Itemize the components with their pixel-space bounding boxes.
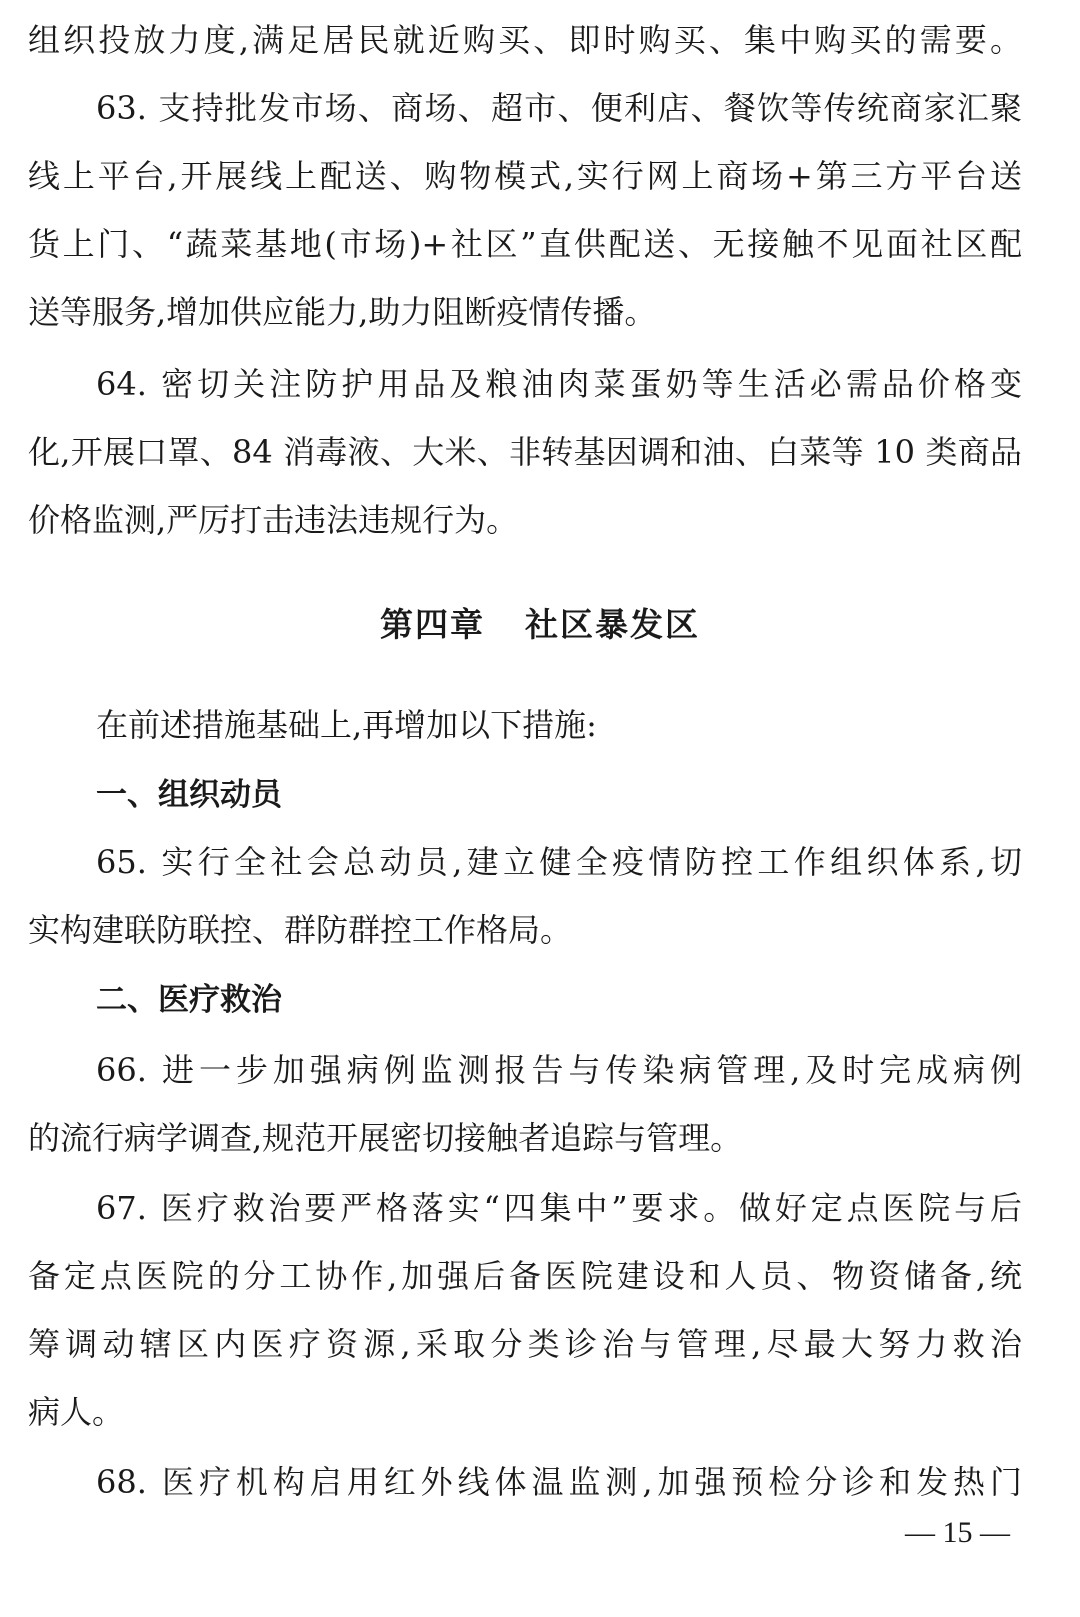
- paragraph-line: 实构建联防联控、群防群控工作格局。: [28, 910, 1022, 950]
- paragraph-line: 67. 医疗救治要严格落实“四集中”要求。做好定点医院与后: [96, 1188, 1022, 1228]
- paragraph-line: 65. 实行全社会总动员,建立健全疫情防控工作组织体系,切: [96, 842, 1022, 882]
- chapter-title: 社区暴发区: [525, 605, 700, 644]
- intro-line: 在前述措施基础上,再增加以下措施:: [96, 705, 1022, 745]
- paragraph-line: 66. 进一步加强病例监测报告与传染病管理,及时完成病例: [96, 1050, 1022, 1090]
- paragraph-line: 备定点医院的分工协作,加强后备医院建设和人员、物资储备,统: [28, 1256, 1022, 1296]
- chapter-heading: 第四章社区暴发区: [0, 605, 1080, 645]
- paragraph-line: 线上平台,开展线上配送、购物模式,实行网上商场+第三方平台送: [28, 156, 1022, 196]
- paragraph-line: 筹调动辖区内医疗资源,采取分类诊治与管理,尽最大努力救治: [28, 1324, 1022, 1364]
- paragraph-line: 63. 支持批发市场、商场、超市、便利店、餐饮等传统商家汇聚: [96, 88, 1022, 128]
- paragraph-line: 病人。: [28, 1392, 1022, 1432]
- paragraph-line: 价格监测,严厉打击违法违规行为。: [28, 500, 1022, 540]
- section-heading: 二、医疗救治: [96, 980, 282, 1020]
- paragraph-line: 化,开展口罩、84 消毒液、大米、非转基因调和油、白菜等 10 类商品: [28, 432, 1022, 472]
- section-heading: 一、组织动员: [96, 775, 282, 815]
- paragraph-line: 送等服务,增加供应能力,助力阻断疫情传播。: [28, 292, 1022, 332]
- page-number: — 15 —: [905, 1515, 1010, 1551]
- paragraph-line: 的流行病学调查,规范开展密切接触者追踪与管理。: [28, 1118, 1022, 1158]
- document-page: 组织投放力度,满足居民就近购买、即时购买、集中购买的需要。 63. 支持批发市场…: [0, 0, 1080, 1617]
- paragraph-line: 68. 医疗机构启用红外线体温监测,加强预检分诊和发热门: [96, 1462, 1022, 1502]
- paragraph-line: 货上门、“蔬菜基地(市场)+社区”直供配送、无接触不见面社区配: [28, 224, 1022, 264]
- paragraph-line: 64. 密切关注防护用品及粮油肉菜蛋奶等生活必需品价格变: [96, 364, 1022, 404]
- chapter-number: 第四章: [380, 605, 485, 644]
- paragraph-line: 组织投放力度,满足居民就近购买、即时购买、集中购买的需要。: [28, 20, 1022, 60]
